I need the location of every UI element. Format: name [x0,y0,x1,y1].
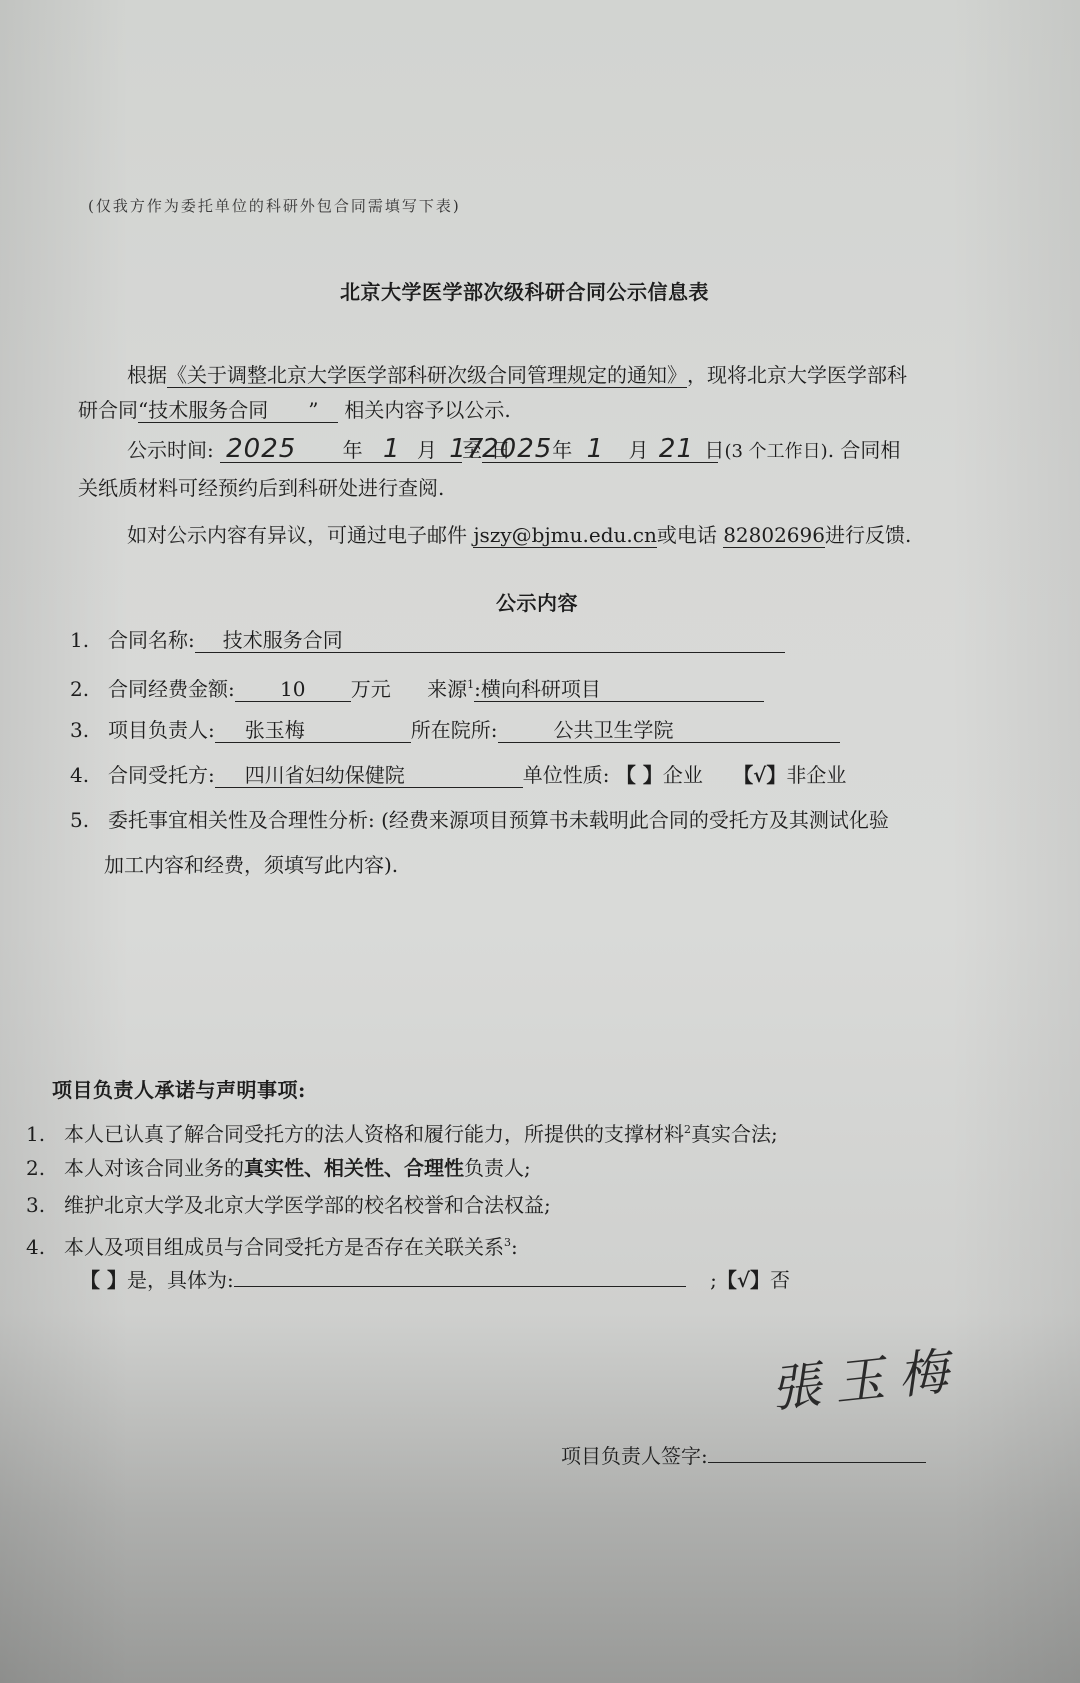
declaration-4-colon: : [511,1235,518,1259]
declaration-3-text: 维护北京大学及北京大学医学部的校名校誉和合法权益; [64,1193,551,1217]
start-date-field: 2025 年 1 月 17 日 [220,437,462,463]
contact-email[interactable]: jszy@bjmu.edu.cn [473,523,656,548]
nature-label: 单位性质: [523,763,610,787]
publicity-period-label: 公示时间: [127,438,214,462]
intro-prefix: 根据 [127,363,167,387]
declaration-item-2: 2.本人对该合同业务的真实性、相关性、合理性负责人; [26,1154,531,1182]
signature-line: 项目负责人签字: [561,1442,926,1470]
relation-yes-checkbox[interactable]: 【 】 [80,1268,127,1292]
intro-line2-prefix: 研合同 [78,398,138,422]
photo-shading [0,0,1080,1683]
contact-line: 如对公示内容有异议，可通过电子邮件 jszy@bjmu.edu.cn或电话 82… [127,521,911,549]
footnote-1: 1 [467,678,474,691]
relation-answer-line: 【 】是，具体为: ;【√】否 [80,1266,790,1294]
item-number: 4. [26,1233,64,1261]
item-number: 2. [26,1154,64,1182]
trustee-label: 合同受托方: [108,763,215,787]
source-field: :横向科研项目 [474,677,764,702]
applicability-note: (仅我方作为委托单位的科研外包合同需填写下表) [88,192,461,220]
item-number: 2. [70,675,108,703]
non-enterprise-option-label: 非企业 [786,763,846,787]
publicity-line-2: 关纸质材料可经预约后到科研处进行查阅. [78,474,444,502]
funding-amount: 10 [235,677,351,702]
notice-title-link: 《关于调整北京大学医学部科研次级合同管理规定的通知》 [167,363,687,388]
start-month: 1 [383,434,401,464]
contract-type-field: “技术服务合同 ” [138,398,338,423]
signature-field[interactable] [708,1462,926,1463]
page-title: 北京大学医学部次级科研合同公示信息表 [340,278,709,306]
relation-no-label: 否 [770,1268,790,1292]
source-value: 横向科研项目 [481,677,601,701]
enterprise-option-label: 企业 [663,763,703,787]
month-unit: 月 [417,438,437,462]
declaration-item-3: 3.维护北京大学及北京大学医学部的校名校誉和合法权益; [26,1191,551,1219]
item-trustee: 4.合同受托方:四川省妇幼保健院单位性质: 【 】企业 【√】非企业 [70,761,846,789]
publicity-tail: . 合同相 [828,438,901,462]
end-day: 21 [659,434,694,464]
content-heading: 公示内容 [496,589,578,617]
handwritten-signature: 張玉梅 [767,1330,965,1422]
item-number: 1. [26,1120,64,1148]
declaration-item-4: 4.本人及项目组成员与合同受托方是否存在关联关系3: [26,1229,518,1261]
non-enterprise-checkbox[interactable]: 【√】 [733,763,786,787]
to-label: 至 [462,438,482,462]
declaration-2-tail: 负责人; [464,1156,531,1180]
declaration-2-text: 本人对该合同业务的 [64,1156,244,1180]
analysis-line-1: 委托事宜相关性及合理性分析: (经费来源项目预算书未载明此合同的受托方及其测试化… [108,808,889,832]
declaration-heading: 项目负责人承诺与声明事项: [52,1076,306,1104]
trustee-value: 四川省妇幼保健院 [215,763,523,788]
contract-name-label: 合同名称: [108,628,195,652]
item-contract-name: 1.合同名称:技术服务合同 [70,626,785,654]
month-unit: 月 [629,438,649,462]
item-number: 3. [26,1191,64,1219]
contact-prefix: 如对公示内容有异议，可通过电子邮件 [127,523,467,547]
analysis-line-2: 加工内容和经费，须填写此内容). [104,851,398,879]
end-year: 2025 [482,434,552,464]
footnote-2: 2 [684,1123,691,1136]
funding-unit: 万元 [351,677,391,701]
item-analysis: 5.委托事宜相关性及合理性分析: (经费来源项目预算书未载明此合同的受托方及其测… [70,806,889,834]
funding-label: 合同经费金额: [108,677,235,701]
intro-line2-suffix: 相关内容予以公示. [344,398,510,422]
duration-note: (3 个工作日) [724,441,827,462]
item-number: 4. [70,761,108,789]
pi-value: 张玉梅 [215,718,411,743]
publicity-period-line: 公示时间: 2025 年 1 月 17 日 至 2025年 1 月 21 日 (… [127,436,900,466]
intro-line-1: 根据《关于调整北京大学医学部科研次级合同管理规定的通知》，现将北京大学医学部科 [127,361,907,389]
relation-detail-field[interactable] [234,1286,686,1287]
end-date-field: 2025年 1 月 21 日 [482,437,718,463]
year-unit: 年 [343,438,363,462]
start-year: 2025 [226,434,296,464]
item-pi: 3.项目负责人:张玉梅所在院所:公共卫生学院 [70,716,840,744]
source-label: 来源 [427,677,467,701]
relation-no-checkbox[interactable]: 【√】 [717,1268,770,1292]
pi-label: 项目负责人: [108,718,215,742]
declaration-item-1: 1.本人已认真了解合同受托方的法人资格和履行能力，所提供的支撑材料2真实合法; [26,1116,778,1148]
item-funding: 2.合同经费金额:10万元 来源1:横向科研项目 [70,671,764,703]
signature-label: 项目负责人签字: [561,1444,708,1468]
item-number: 1. [70,626,108,654]
contract-name-value: 技术服务合同 [195,628,785,653]
footnote-3: 3 [504,1236,511,1249]
declaration-1-tail: 真实合法; [691,1122,778,1146]
intro-middle: ，现将北京大学医学部科 [687,363,907,387]
relation-yes-label: 是，具体为: [127,1268,234,1292]
intro-line-2: 研合同“技术服务合同 ” 相关内容予以公示. [78,396,511,424]
declaration-4-text: 本人及项目组成员与合同受托方是否存在关联关系 [64,1235,504,1259]
year-unit: 年 [552,438,572,462]
enterprise-checkbox[interactable]: 【 】 [616,763,663,787]
institute-label: 所在院所: [411,718,498,742]
day-unit: 日 [704,438,724,462]
separator: ; [710,1268,717,1292]
item-number: 5. [70,806,108,834]
declaration-2-bold: 真实性、相关性、合理性 [244,1156,464,1180]
item-number: 3. [70,716,108,744]
declaration-1-text: 本人已认真了解合同受托方的法人资格和履行能力，所提供的支撑材料 [64,1122,684,1146]
source-colon: : [474,677,481,701]
institute-value: 公共卫生学院 [498,718,840,743]
contact-middle: 或电话 [657,523,717,547]
contact-suffix: 进行反馈. [825,523,911,547]
contact-phone[interactable]: 82802696 [723,523,825,548]
end-month: 1 [587,434,605,464]
